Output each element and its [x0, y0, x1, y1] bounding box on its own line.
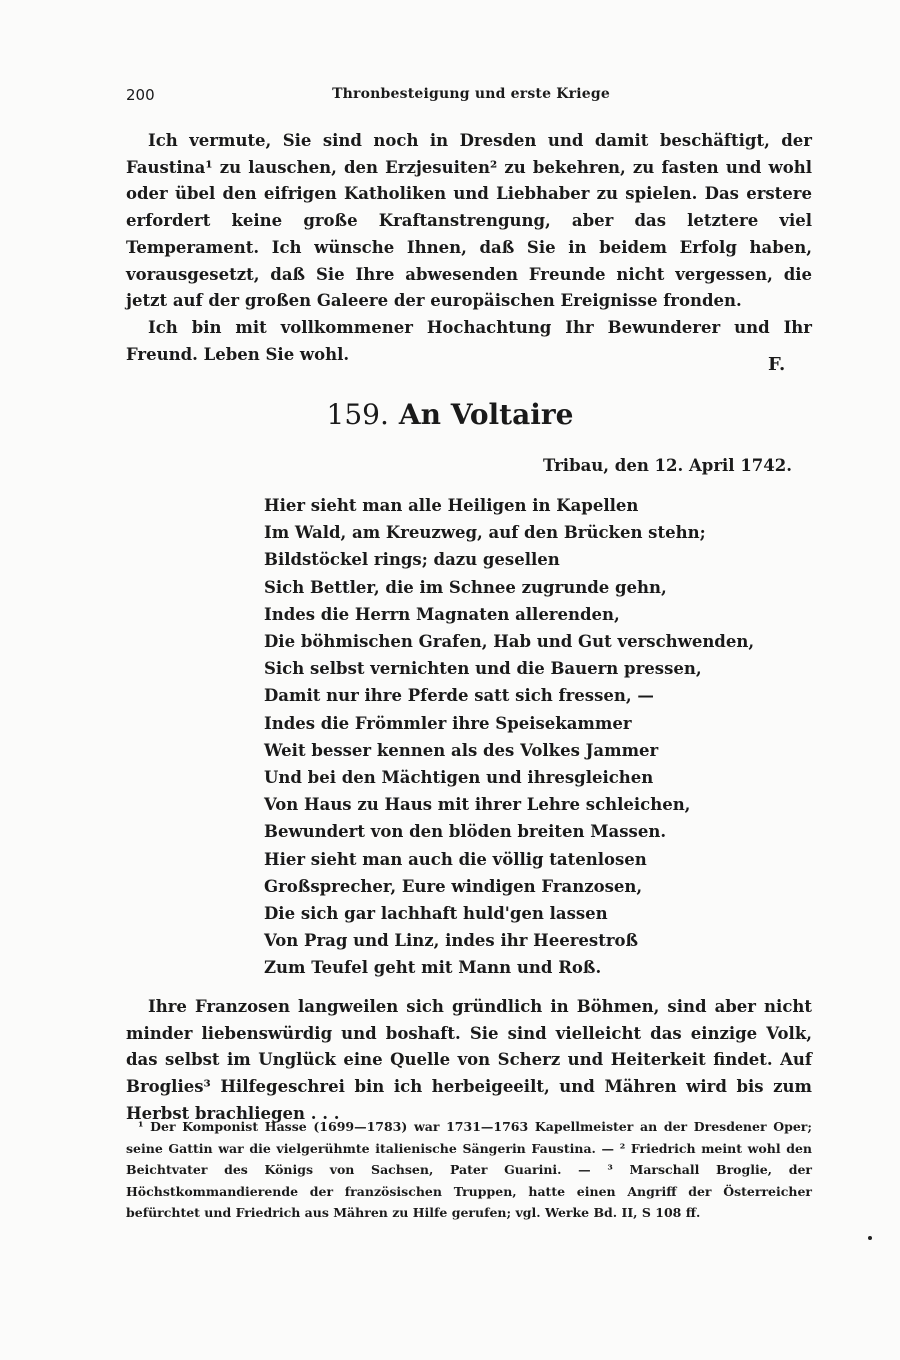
signature: F.	[768, 354, 785, 375]
poem-line: Im Wald, am Kreuzweg, auf den Brücken st…	[264, 519, 754, 546]
dateline: Tribau, den 12. April 1742.	[543, 456, 792, 475]
poem-line: Indes die Frömmler ihre Speisekammer	[264, 710, 754, 737]
poem-line: Von Prag und Linz, indes ihr Heerestroß	[264, 927, 754, 954]
running-head: Thronbesteigung und erste Kriege	[126, 86, 816, 102]
letter-body-paragraph-2: Ihre Franzosen langweilen sich gründlich…	[126, 994, 812, 1128]
print-speck	[868, 1236, 872, 1240]
poem-line: Hier sieht man auch die völlig tatenlose…	[264, 846, 754, 873]
poem-line: Die sich gar lachhaft huld'gen lassen	[264, 900, 754, 927]
poem-line: Weit besser kennen als des Volkes Jammer	[264, 737, 754, 764]
poem-line: Bildstöckel rings; dazu gesellen	[264, 546, 754, 573]
poem-line: Hier sieht man alle Heiligen in Kapellen	[264, 492, 754, 519]
poem-line: Und bei den Mächtigen und ihresgleichen	[264, 764, 754, 791]
paragraph-closing: Ich bin mit vollkommener Hochachtung Ihr…	[126, 315, 812, 368]
poem: Hier sieht man alle Heiligen in Kapellen…	[264, 492, 754, 982]
letter-heading: 159.An Voltaire	[0, 398, 900, 431]
poem-line: Zum Teufel geht mit Mann und Roß.	[264, 954, 754, 981]
page-header: 200 Thronbesteigung und erste Kriege	[126, 86, 816, 108]
letter-body-paragraphs: Ich vermute, Sie sind noch in Dresden un…	[126, 128, 812, 368]
poem-line: Damit nur ihre Pferde satt sich fressen,…	[264, 682, 754, 709]
poem-line: Bewundert von den blöden breiten Massen.	[264, 818, 754, 845]
footnote-text: ¹ Der Komponist Hasse (1699—1783) war 17…	[126, 1116, 812, 1224]
poem-line: Sich Bettler, die im Schnee zugrunde geh…	[264, 574, 754, 601]
poem-line: Sich selbst vernichten und die Bauern pr…	[264, 655, 754, 682]
footnotes: ¹ Der Komponist Hasse (1699—1783) war 17…	[126, 1116, 812, 1224]
poem-line: Von Haus zu Haus mit ihrer Lehre schleic…	[264, 791, 754, 818]
book-page: 200 Thronbesteigung und erste Kriege Ich…	[0, 0, 900, 1360]
paragraph: Ich vermute, Sie sind noch in Dresden un…	[126, 128, 812, 315]
poem-line: Indes die Herrn Magnaten allerenden,	[264, 601, 754, 628]
poem-line: Die böhmischen Grafen, Hab und Gut versc…	[264, 628, 754, 655]
paragraph: Ihre Franzosen langweilen sich gründlich…	[126, 994, 812, 1128]
letter-title: An Voltaire	[399, 398, 574, 431]
poem-line: Großsprecher, Eure windigen Franzosen,	[264, 873, 754, 900]
letter-number: 159.	[327, 398, 389, 431]
